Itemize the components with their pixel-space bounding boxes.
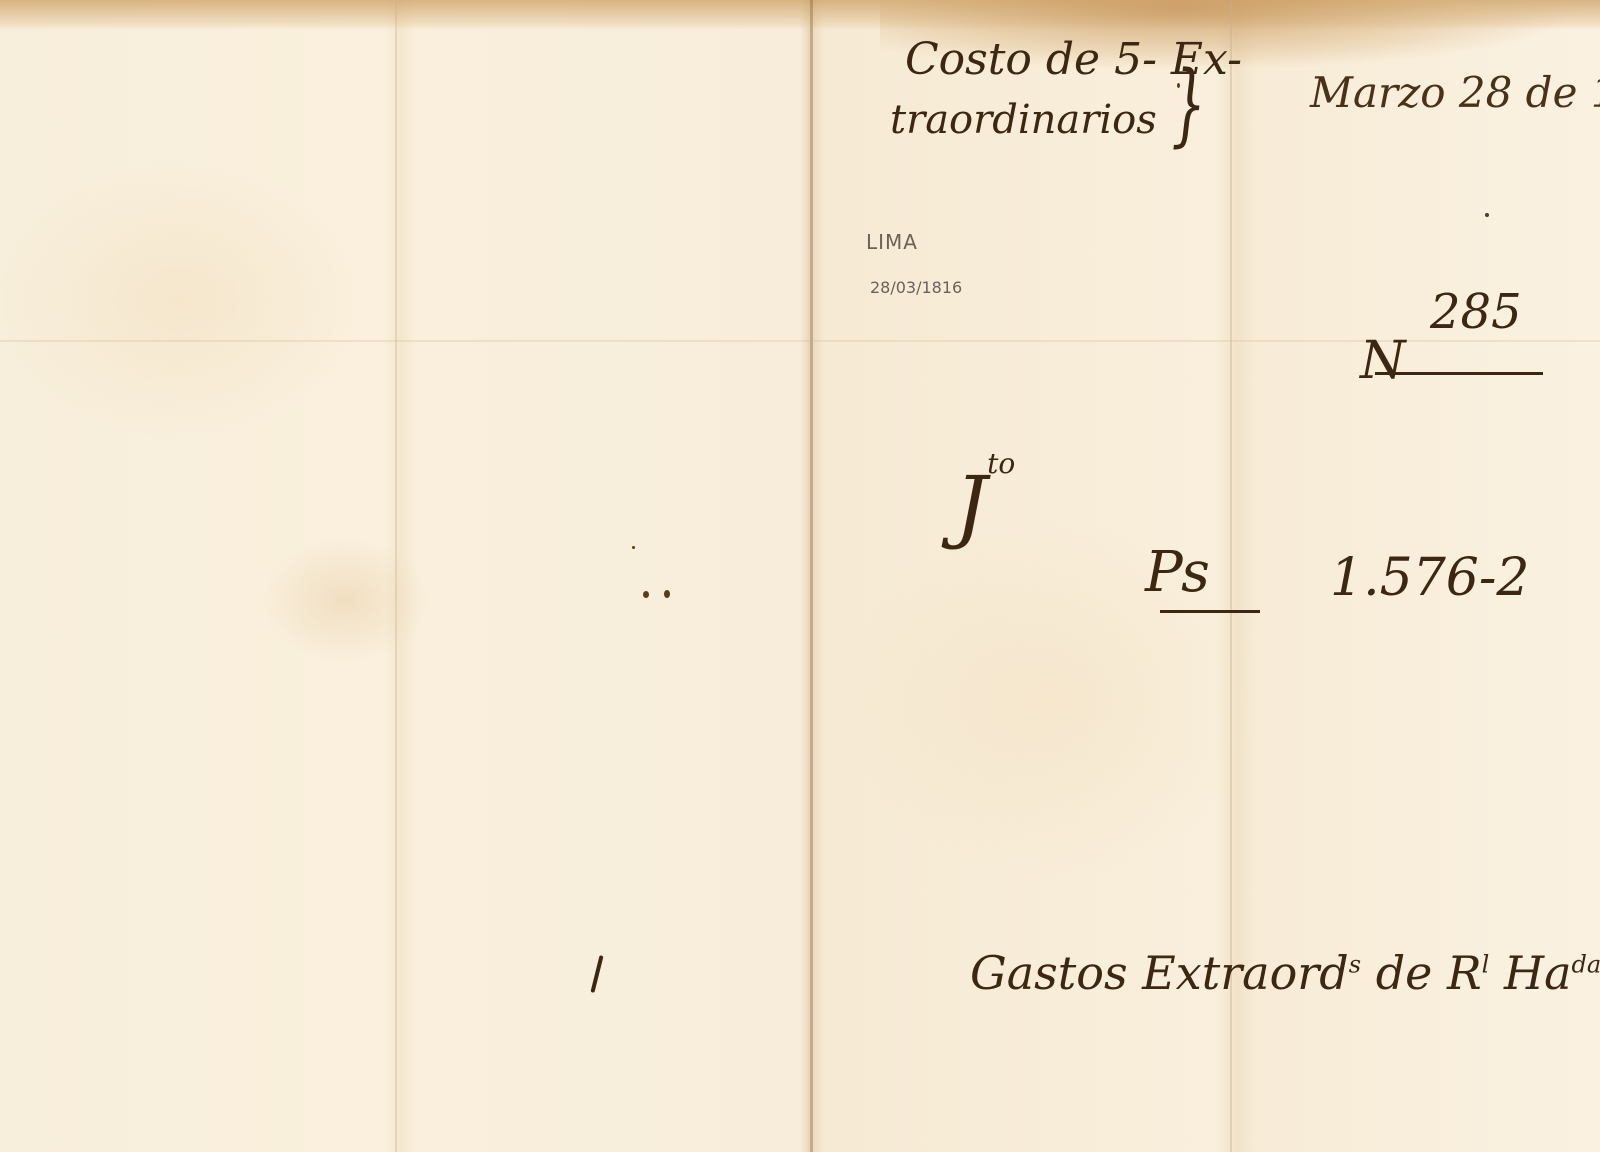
number-underline: [1375, 372, 1543, 375]
pencil-date-note: 28/03/1816: [870, 280, 962, 296]
heading-brace: }: [1171, 60, 1205, 150]
ink-spot: [1485, 213, 1489, 217]
currency-abbreviation: Ps: [1145, 545, 1210, 601]
signum-superscript: to: [987, 447, 1015, 480]
paper-sheet: Costo de 5- Ex- traordinarios } Marzo 28…: [0, 0, 1600, 1152]
footer-docket: Gastos Extraords de Rl Hada: [970, 950, 1600, 996]
ink-spot: [1177, 83, 1180, 88]
document-date: Marzo 28 de 1816: [1310, 72, 1600, 114]
ink-spot: [664, 590, 670, 598]
left-fold-line: [395, 0, 397, 1152]
ink-spot: [643, 591, 649, 598]
ink-spot: [632, 546, 635, 549]
footer-sup-3: da: [1572, 951, 1600, 979]
signum-main: J: [955, 459, 987, 552]
pencil-place-note: LIMA: [866, 232, 918, 252]
footer-sup-1: s: [1349, 951, 1361, 979]
footer-mid: de R: [1361, 946, 1482, 1000]
footer-text: Gastos Extraord: [970, 946, 1349, 1000]
document-number: 285: [1430, 288, 1522, 336]
footer-end: Ha: [1489, 946, 1571, 1000]
amount-value: 1.576-2: [1330, 552, 1530, 604]
signum-mark: Jto: [955, 450, 1015, 546]
heading-line-2: traordinarios: [890, 100, 1157, 140]
currency-underline: [1160, 610, 1260, 613]
stray-ink-stroke: [590, 955, 603, 993]
center-fold-line: [810, 0, 813, 1152]
number-prefix: N: [1360, 335, 1406, 387]
